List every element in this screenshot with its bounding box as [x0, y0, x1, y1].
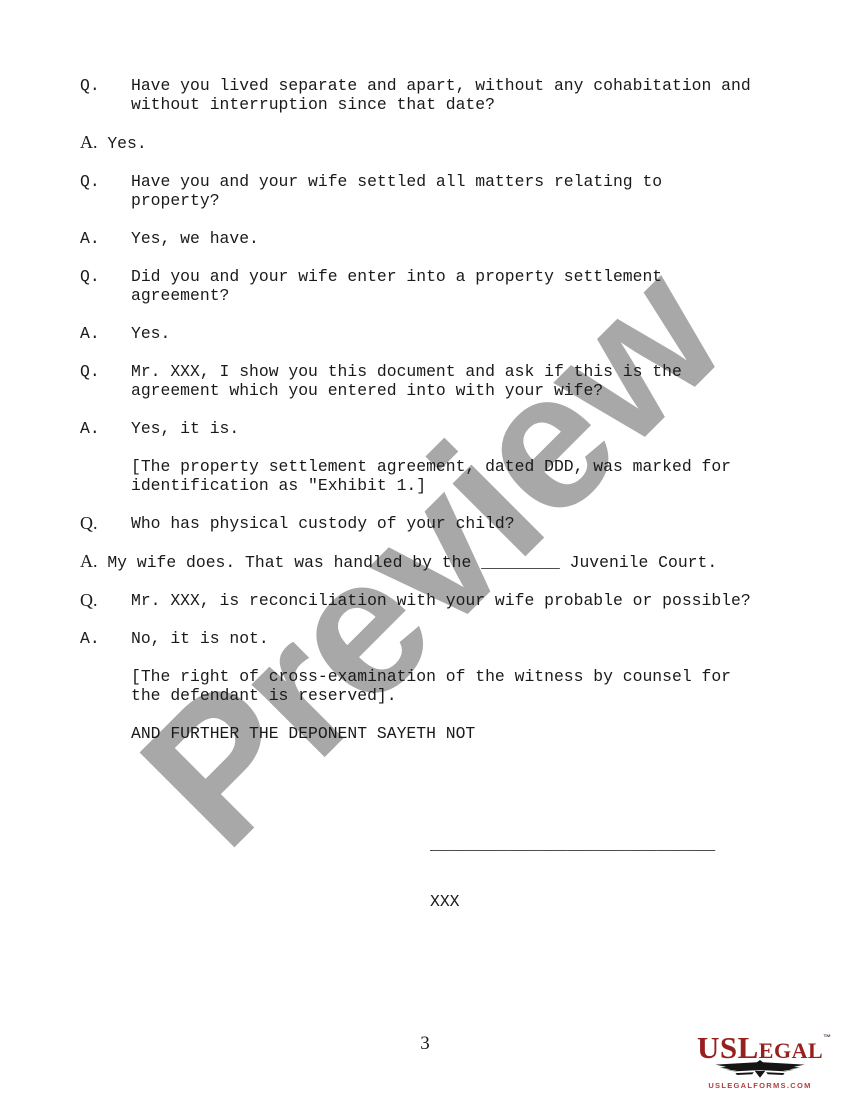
- signature-name: XXX: [430, 892, 715, 911]
- qa-block: Q.Mr. XXX, I show you this document and …: [80, 362, 780, 400]
- deposition-transcript: Q.Have you lived separate and apart, wit…: [80, 76, 780, 762]
- qa-text: Have you lived separate and apart, witho…: [131, 76, 751, 114]
- qa-block: A.Yes, it is.: [80, 419, 780, 438]
- qa-text: Have you and your wife settled all matte…: [131, 172, 662, 210]
- uslegal-logo: USLegal™ USLEGALFORMS.COM: [697, 1024, 823, 1090]
- qa-prefix: A.: [80, 629, 100, 648]
- qa-prefix: Q.: [80, 76, 100, 95]
- qa-block: A.No, it is not.: [80, 629, 780, 648]
- qa-text: My wife does. That was handled by the __…: [107, 553, 717, 572]
- qa-text: Yes.: [107, 134, 146, 153]
- signature-line: _____________________________: [430, 835, 715, 854]
- qa-block: Q.Who has physical custody of your child…: [80, 514, 780, 533]
- signature-block: _____________________________ XXX: [430, 797, 715, 949]
- qa-text: [The right of cross-examination of the w…: [131, 667, 731, 705]
- qa-block: A.Yes, we have.: [80, 229, 780, 248]
- qa-block: [The property settlement agreement, date…: [80, 457, 780, 495]
- qa-block: Q.Have you lived separate and apart, wit…: [80, 76, 780, 114]
- qa-text: Mr. XXX, is reconciliation with your wif…: [131, 591, 751, 610]
- qa-block: Q.Have you and your wife settled all mat…: [80, 172, 780, 210]
- qa-block: A. Yes.: [80, 133, 780, 153]
- uslegal-brand-text: USLegal: [697, 1030, 823, 1065]
- qa-text: Yes, it is.: [131, 419, 239, 438]
- qa-prefix: Q.: [80, 362, 100, 381]
- qa-block: Q.Did you and your wife enter into a pro…: [80, 267, 780, 305]
- qa-text: Did you and your wife enter into a prope…: [131, 267, 662, 305]
- qa-block: Q.Mr. XXX, is reconciliation with your w…: [80, 591, 780, 610]
- qa-prefix: Q.: [80, 514, 98, 533]
- qa-text: Who has physical custody of your child?: [131, 514, 515, 533]
- qa-prefix: Q.: [80, 267, 100, 286]
- qa-text: Mr. XXX, I show you this document and as…: [131, 362, 682, 400]
- qa-text: Yes, we have.: [131, 229, 259, 248]
- qa-prefix: Q.: [80, 591, 98, 610]
- trademark-symbol: ™: [823, 1033, 831, 1042]
- qa-prefix: A.: [80, 229, 100, 248]
- qa-block: A.Yes.: [80, 324, 780, 343]
- qa-text: [The property settlement agreement, date…: [131, 457, 731, 495]
- qa-text: Yes.: [131, 324, 170, 343]
- uslegal-wordmark: USLegal™: [697, 1024, 823, 1062]
- document-page: Preview Q.Have you lived separate and ap…: [0, 0, 850, 1100]
- qa-prefix: A.: [80, 419, 100, 438]
- qa-prefix: A.: [80, 132, 98, 152]
- qa-text: AND FURTHER THE DEPONENT SAYETH NOT: [131, 724, 475, 743]
- qa-text: No, it is not.: [131, 629, 269, 648]
- uslegal-url: USLEGALFORMS.COM: [697, 1081, 823, 1090]
- qa-prefix: Q.: [80, 172, 100, 191]
- qa-prefix: A.: [80, 551, 98, 571]
- qa-block: [The right of cross-examination of the w…: [80, 667, 780, 705]
- qa-prefix: A.: [80, 324, 100, 343]
- qa-block: AND FURTHER THE DEPONENT SAYETH NOT: [80, 724, 780, 743]
- qa-block: A. My wife does. That was handled by the…: [80, 552, 780, 572]
